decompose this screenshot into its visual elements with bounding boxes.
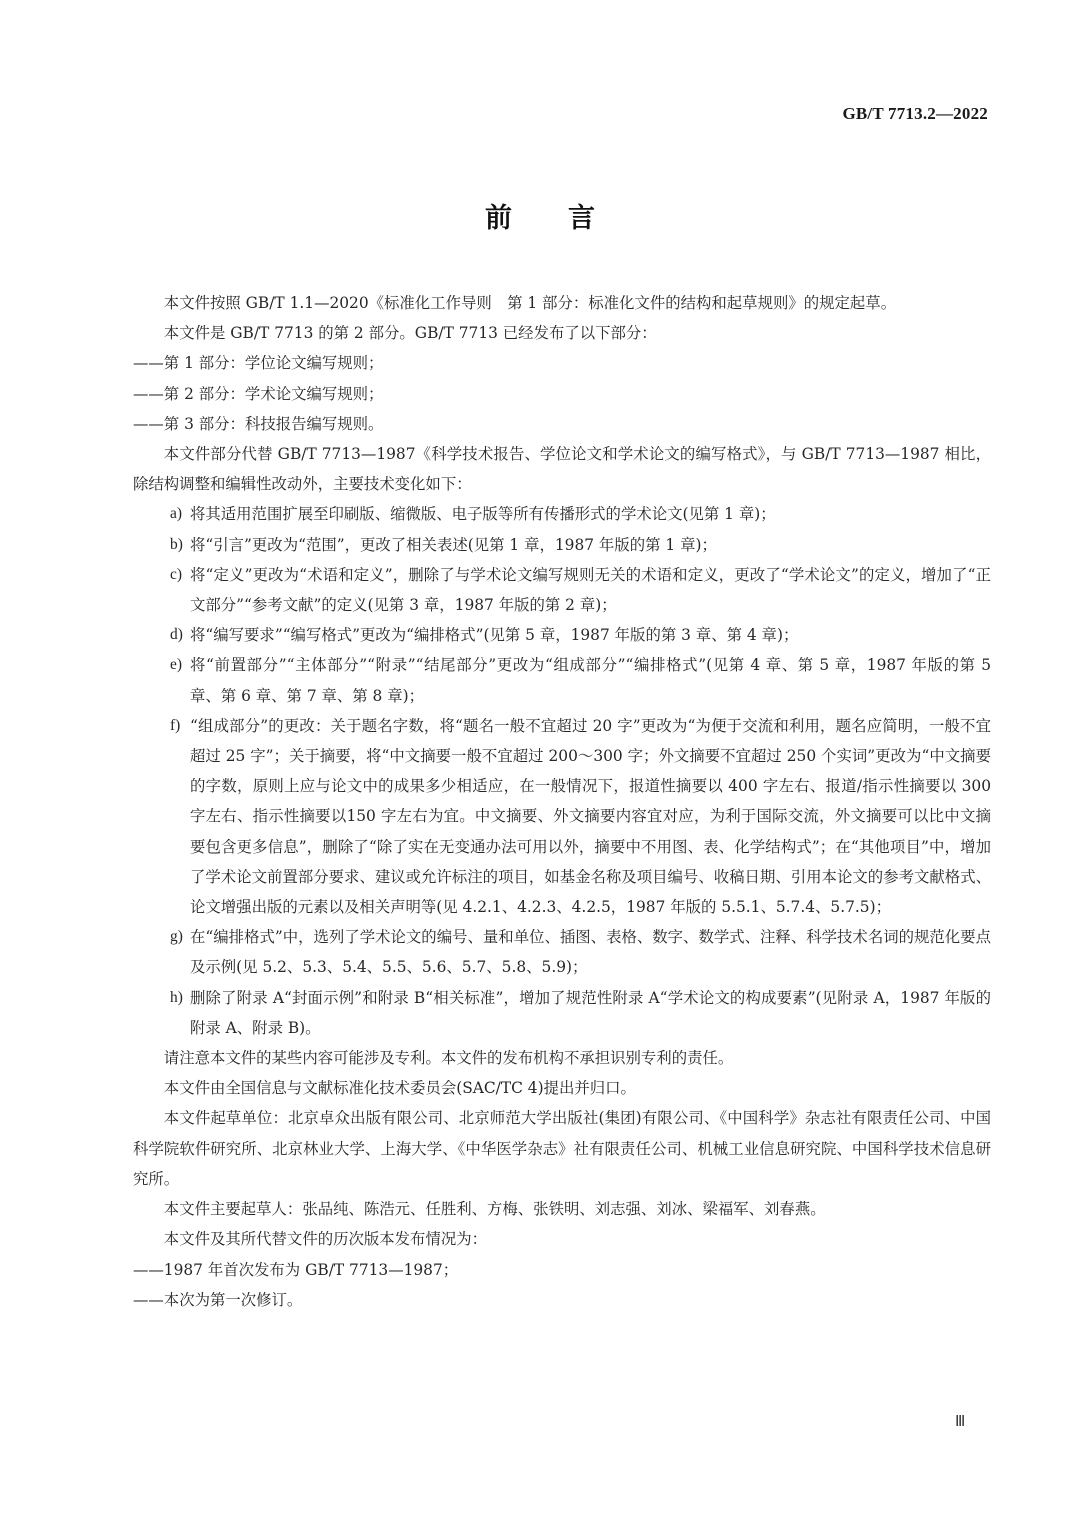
- item-label: f): [170, 711, 180, 741]
- dash-marker: ——: [133, 409, 164, 439]
- dash-marker: ——: [133, 1285, 164, 1315]
- standard-code: GB/T 7713.2—2022: [842, 104, 988, 124]
- change-item-h: h)删除了附录 A“封面示例”和附录 B“相关标准”，增加了规范性附录 A“学术…: [133, 983, 991, 1043]
- change-item-e: e)将“前置部分”“主体部分”“附录”“结尾部分”更改为“组成部分”“编排格式”…: [133, 650, 991, 710]
- list-item-history-2: ——本次为第一次修订。: [133, 1285, 991, 1315]
- dash-marker: ——: [133, 379, 164, 409]
- paragraph-committee: 本文件由全国信息与文献标准化技术委员会(SAC/TC 4)提出并归口。: [133, 1073, 991, 1103]
- item-label: h): [170, 983, 183, 1013]
- item-label: d): [170, 620, 183, 650]
- foreword-body: 本文件按照 GB/T 1.1—2020《标准化工作导则 第 1 部分：标准化文件…: [133, 288, 991, 1315]
- change-item-g: g)在“编排格式”中，选列了学术论文的编号、量和单位、插图、表格、数字、数学式、…: [133, 922, 991, 982]
- paragraph-drafters: 本文件主要起草人：张品纯、陈浩元、任胜利、方梅、张铁明、刘志强、刘冰、梁福军、刘…: [133, 1194, 991, 1224]
- paragraph-replacement: 本文件部分代替 GB/T 7713—1987《科学技术报告、学位论文和学术论文的…: [133, 439, 991, 499]
- page-number: Ⅲ: [955, 1412, 965, 1431]
- change-item-d: d)将“编写要求”“编写格式”更改为“编排格式”(见第 5 章，1987 年版的…: [133, 620, 991, 650]
- list-item-part-3: ——第 3 部分：科技报告编写规则。: [133, 409, 991, 439]
- item-label: b): [170, 530, 183, 560]
- paragraph-history-intro: 本文件及其所代替文件的历次版本发布情况为：: [133, 1224, 991, 1254]
- paragraph-patent-notice: 请注意本文件的某些内容可能涉及专利。本文件的发布机构不承担识别专利的责任。: [133, 1043, 991, 1073]
- dash-marker: ——: [133, 348, 164, 378]
- paragraph-drafting-rules: 本文件按照 GB/T 1.1—2020《标准化工作导则 第 1 部分：标准化文件…: [133, 288, 991, 318]
- item-label: g): [170, 922, 183, 952]
- list-item-part-1: ——第 1 部分：学位论文编写规则；: [133, 348, 991, 378]
- paragraph-series-intro: 本文件是 GB/T 7713 的第 2 部分。GB/T 7713 已经发布了以下…: [133, 318, 991, 348]
- item-label: e): [170, 650, 182, 680]
- dash-marker: ——: [133, 1255, 164, 1285]
- change-item-f: f)“组成部分”的更改：关于题名字数，将“题名一般不宜超过 20 字”更改为“为…: [133, 711, 991, 922]
- change-item-c: c)将“定义”更改为“术语和定义”，删除了与学术论文编写规则无关的术语和定义，更…: [133, 560, 991, 620]
- change-item-b: b)将“引言”更改为“范围”，更改了相关表述(见第 1 章，1987 年版的第 …: [133, 530, 991, 560]
- list-item-part-2: ——第 2 部分：学术论文编写规则；: [133, 379, 991, 409]
- change-item-a: a)将其适用范围扩展至印刷版、缩微版、电子版等所有传播形式的学术论文(见第 1 …: [133, 499, 991, 529]
- page-title: 前言: [0, 196, 1080, 235]
- item-label: a): [170, 499, 182, 529]
- item-label: c): [170, 560, 182, 590]
- paragraph-drafting-units: 本文件起草单位：北京卓众出版有限公司、北京师范大学出版社(集团)有限公司、《中国…: [133, 1103, 991, 1194]
- list-item-history-1: ——1987 年首次发布为 GB/T 7713—1987；: [133, 1255, 991, 1285]
